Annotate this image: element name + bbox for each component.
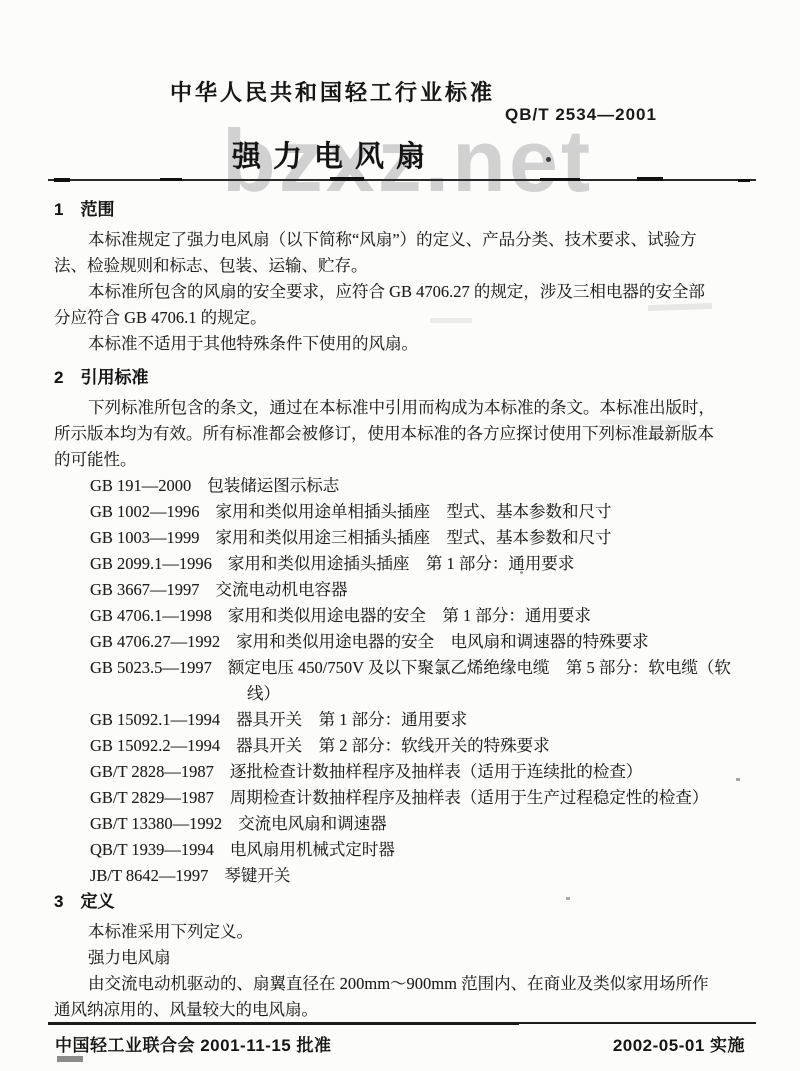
- paragraph-line: 分应符合 GB 4706.1 的规定。: [54, 305, 760, 331]
- reference-item: GB 4706.27—1992家用和类似用途电器的安全 电风扇和调速器的特殊要求: [90, 629, 760, 655]
- document-body: 1范围 本标准规定了强力电风扇（以下简称“风扇”）的定义、产品分类、技术要求、试…: [54, 197, 760, 1023]
- reference-item: GB 3667—1997交流电动机电容器: [90, 577, 760, 603]
- reference-item: GB/T 2828—1987逐批检查计数抽样程序及抽样表（适用于连续批的检查）: [90, 759, 760, 785]
- standard-org-title: 中华人民共和国轻工行业标准: [170, 76, 495, 107]
- reference-item: GB 15092.2—1994器具开关 第 2 部分：软线开关的特殊要求: [90, 733, 760, 759]
- section-title: 引用标准: [80, 368, 148, 387]
- reference-item: GB/T 2829—1987周期检查计数抽样程序及抽样表（适用于生产过程稳定性的…: [90, 785, 760, 811]
- reference-code: GB 2099.1—1996: [90, 554, 212, 573]
- paragraph-line: 下列标准所包含的条文，通过在本标准中引用而构成为本标准的条文。本标准出版时，: [54, 395, 760, 421]
- paragraph-line: 本标准规定了强力电风扇（以下简称“风扇”）的定义、产品分类、技术要求、试验方: [54, 227, 760, 253]
- reference-item: GB 4706.1—1998家用和类似用途电器的安全 第 1 部分：通用要求: [90, 603, 760, 629]
- reference-code: GB 15092.1—1994: [90, 710, 220, 729]
- paragraph-line: 法、检验规则和标志、包装、运输、贮存。: [54, 253, 760, 279]
- section-number: 1: [54, 197, 63, 223]
- reference-title: 交流电风扇和调速器: [238, 814, 387, 833]
- implementation-date: 2002-05-01 实施: [613, 1031, 745, 1056]
- reference-item: JB/T 8642—1997琴键开关: [90, 863, 760, 889]
- reference-title: 家用和类似用途三相插头插座 型式、基本参数和尺寸: [216, 528, 612, 547]
- paragraph-line: 本标准不适用于其他特殊条件下使用的风扇。: [54, 331, 760, 357]
- reference-title: 额定电压 450/750V 及以下聚氯乙烯绝缘电缆 第 5 部分：软电缆（软: [228, 658, 731, 677]
- reference-code: GB 3667—1997: [90, 580, 200, 599]
- section-heading: 3定义: [54, 889, 760, 915]
- reference-item: GB 15092.1—1994器具开关 第 1 部分：通用要求: [90, 707, 760, 733]
- section-title: 定义: [80, 892, 114, 911]
- section-heading: 2引用标准: [54, 365, 760, 391]
- reference-title: 交流电动机电容器: [216, 580, 348, 599]
- reference-code: GB 5023.5—1997: [90, 658, 212, 677]
- scan-artifact: [519, 1024, 756, 1026]
- reference-item: QB/T 1939—1994电风扇用机械式定时器: [90, 837, 760, 863]
- section-heading: 1范围: [54, 197, 760, 223]
- reference-title: 家用和类似用途电器的安全 电风扇和调速器的特殊要求: [236, 632, 649, 651]
- reference-title: 家用和类似用途插头插座 第 1 部分：通用要求: [228, 554, 575, 573]
- scan-artifact: [637, 177, 663, 181]
- section-title: 范围: [80, 200, 114, 219]
- paragraph-line: 所示版本均为有效。所有标准都会被修订，使用本标准的各方应探讨使用下列标准最新版本: [54, 421, 760, 447]
- reference-item: GB 5023.5—1997额定电压 450/750V 及以下聚氯乙烯绝缘电缆 …: [90, 655, 760, 681]
- scan-artifact: [330, 177, 364, 181]
- standard-code: QB/T 2534—2001: [505, 105, 657, 125]
- reference-code: GB 1003—1999: [90, 528, 200, 547]
- approval-date: 中国轻工业联合会 2001-11-15 批准: [55, 1031, 331, 1056]
- reference-code: GB/T 2829—1987: [90, 788, 214, 807]
- reference-title: 家用和类似用途单相插头插座 型式、基本参数和尺寸: [216, 502, 612, 521]
- reference-item: GB 1002—1996家用和类似用途单相插头插座 型式、基本参数和尺寸: [90, 499, 760, 525]
- reference-title: 器具开关 第 2 部分：软线开关的特殊要求: [236, 736, 550, 755]
- scan-artifact: [54, 178, 70, 182]
- reference-item: GB 2099.1—1996家用和类似用途插头插座 第 1 部分：通用要求: [90, 551, 760, 577]
- reference-title: 包装储运图示标志: [207, 476, 339, 495]
- reference-code: GB/T 13380—1992: [90, 814, 222, 833]
- reference-code: GB 191—2000: [90, 476, 191, 495]
- scan-artifact: [160, 178, 182, 181]
- reference-code: GB 1002—1996: [90, 502, 200, 521]
- reference-title: 周期检查计数抽样程序及抽样表（适用于生产过程稳定性的检查）: [230, 788, 709, 807]
- reference-item: GB 1003—1999家用和类似用途三相插头插座 型式、基本参数和尺寸: [90, 525, 760, 551]
- scan-artifact: [738, 179, 750, 182]
- document-page: bzxz.net 中华人民共和国轻工行业标准 QB/T 2534—2001 强力…: [0, 0, 800, 1071]
- paragraph-line: 的可能性。: [54, 447, 760, 473]
- scan-artifact: [57, 1056, 83, 1062]
- reference-title: 家用和类似用途电器的安全 第 1 部分：通用要求: [228, 606, 591, 625]
- paragraph-line: 强力电风扇: [54, 945, 760, 971]
- reference-title: 器具开关 第 1 部分：通用要求: [236, 710, 467, 729]
- reference-code: GB 4706.27—1992: [90, 632, 220, 651]
- reference-title: 琴键开关: [224, 866, 290, 885]
- scan-artifact: [540, 178, 580, 181]
- reference-code: GB 15092.2—1994: [90, 736, 220, 755]
- paragraph-line: 本标准采用下列定义。: [54, 919, 760, 945]
- scan-artifact: [546, 157, 551, 162]
- reference-code: GB/T 2828—1987: [90, 762, 214, 781]
- reference-item: GB 191—2000包装储运图示标志: [90, 473, 760, 499]
- reference-code: QB/T 1939—1994: [90, 840, 214, 859]
- document-title: 强力电风扇: [232, 134, 437, 175]
- reference-title: 电风扇用机械式定时器: [230, 840, 395, 859]
- reference-item: GB/T 13380—1992交流电风扇和调速器: [90, 811, 760, 837]
- section-number: 2: [54, 365, 63, 391]
- reference-code: JB/T 8642—1997: [90, 866, 208, 885]
- paragraph-line: 由交流电动机驱动的、扇翼直径在 200mm～900mm 范围内、在商业及类似家用…: [54, 971, 760, 997]
- paragraph-line: 通风纳凉用的、风量较大的电风扇。: [54, 997, 760, 1023]
- reference-title: 逐批检查计数抽样程序及抽样表（适用于连续批的检查）: [230, 762, 643, 781]
- section-number: 3: [54, 889, 63, 915]
- paragraph-line: 本标准所包含的风扇的安全要求，应符合 GB 4706.27 的规定，涉及三相电器…: [54, 279, 760, 305]
- reference-code: GB 4706.1—1998: [90, 606, 212, 625]
- reference-title-continuation: 线）: [90, 681, 760, 707]
